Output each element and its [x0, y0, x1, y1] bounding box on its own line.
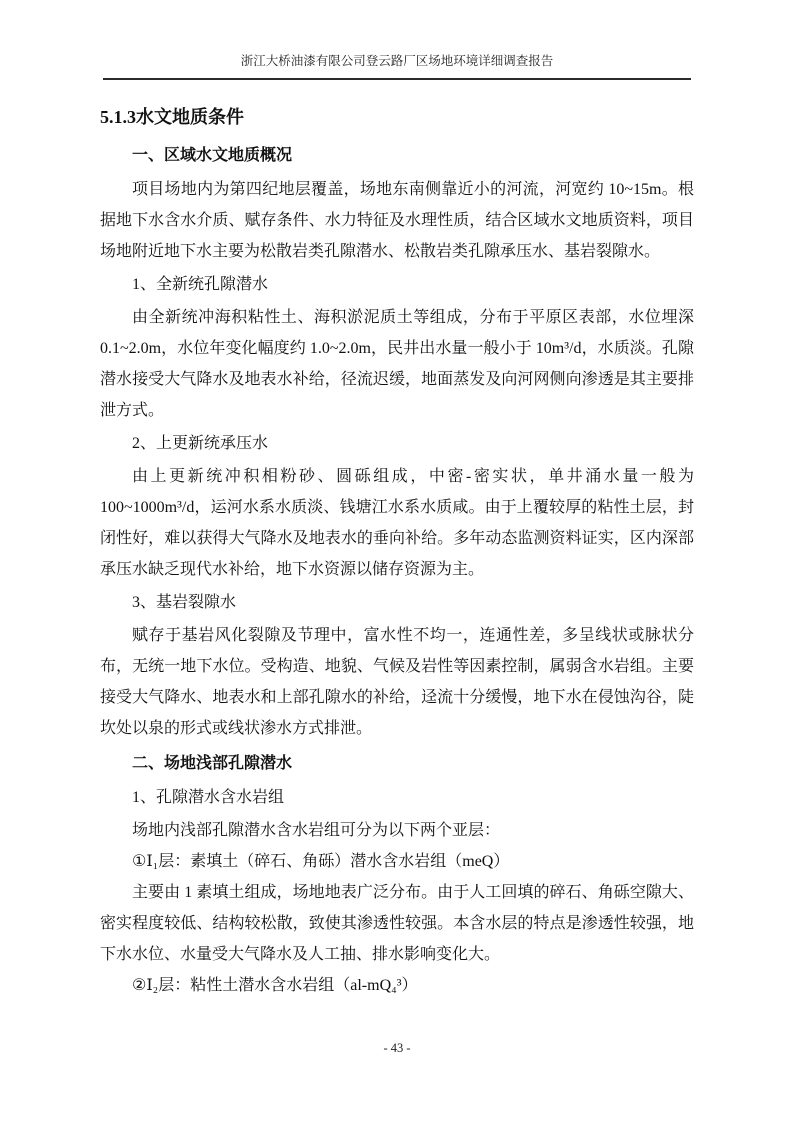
numbered-heading: 3、基岩裂隙水 [100, 587, 694, 618]
paragraph: 由上更新统冲积相粉砂、圆砾组成，中密-密实状，单井涌水量一般为100~1000m… [100, 461, 694, 585]
document-page: 浙江大桥油漆有限公司登云路厂区场地环境详细调查报告 5.1.3水文地质条件 一、… [0, 0, 794, 1123]
section-heading: 一、区域水文地质概况 [100, 140, 694, 171]
section-title: 5.1.3水文地质条件 [100, 100, 694, 134]
document-content: 5.1.3水文地质条件 一、区域水文地质概况项目场地内为第四纪地层覆盖，场地东南… [100, 100, 694, 1001]
page-header: 浙江大桥油漆有限公司登云路厂区场地环境详细调查报告 [103, 54, 691, 80]
document-blocks: 一、区域水文地质概况项目场地内为第四纪地层覆盖，场地东南侧靠近小的河流，河宽约 … [100, 140, 694, 1001]
paragraph: ①Ⅰ₁层：素填土（碎石、角砾）潜水含水岩组（meQ） [100, 846, 694, 877]
numbered-heading: 1、全新统孔隙潜水 [100, 269, 694, 300]
paragraph: 由全新统冲海积粘性土、海积淤泥质土等组成，分布于平原区表部，水位埋深0.1~2.… [100, 302, 694, 426]
numbered-heading: 1、孔隙潜水含水岩组 [100, 782, 694, 813]
paragraph: 场地内浅部孔隙潜水含水岩组可分为以下两个亚层： [100, 815, 694, 846]
numbered-heading: 2、上更新统承压水 [100, 428, 694, 459]
section-heading: 二、场地浅部孔隙潜水 [100, 748, 694, 779]
page-number: - 43 - [0, 1040, 794, 1056]
paragraph: 主要由 1 素填土组成，场地地表广泛分布。由于人工回填的碎石、角砾空隙大、密实程… [100, 877, 694, 970]
paragraph: 赋存于基岩风化裂隙及节理中，富水性不均一，连通性差，多呈线状或脉状分布，无统一地… [100, 620, 694, 744]
paragraph: ②Ⅰ₂层：粘性土潜水含水岩组（al-mQ₄³） [100, 970, 694, 1001]
paragraph: 项目场地内为第四纪地层覆盖，场地东南侧靠近小的河流，河宽约 10~15m。根据地… [100, 174, 694, 267]
